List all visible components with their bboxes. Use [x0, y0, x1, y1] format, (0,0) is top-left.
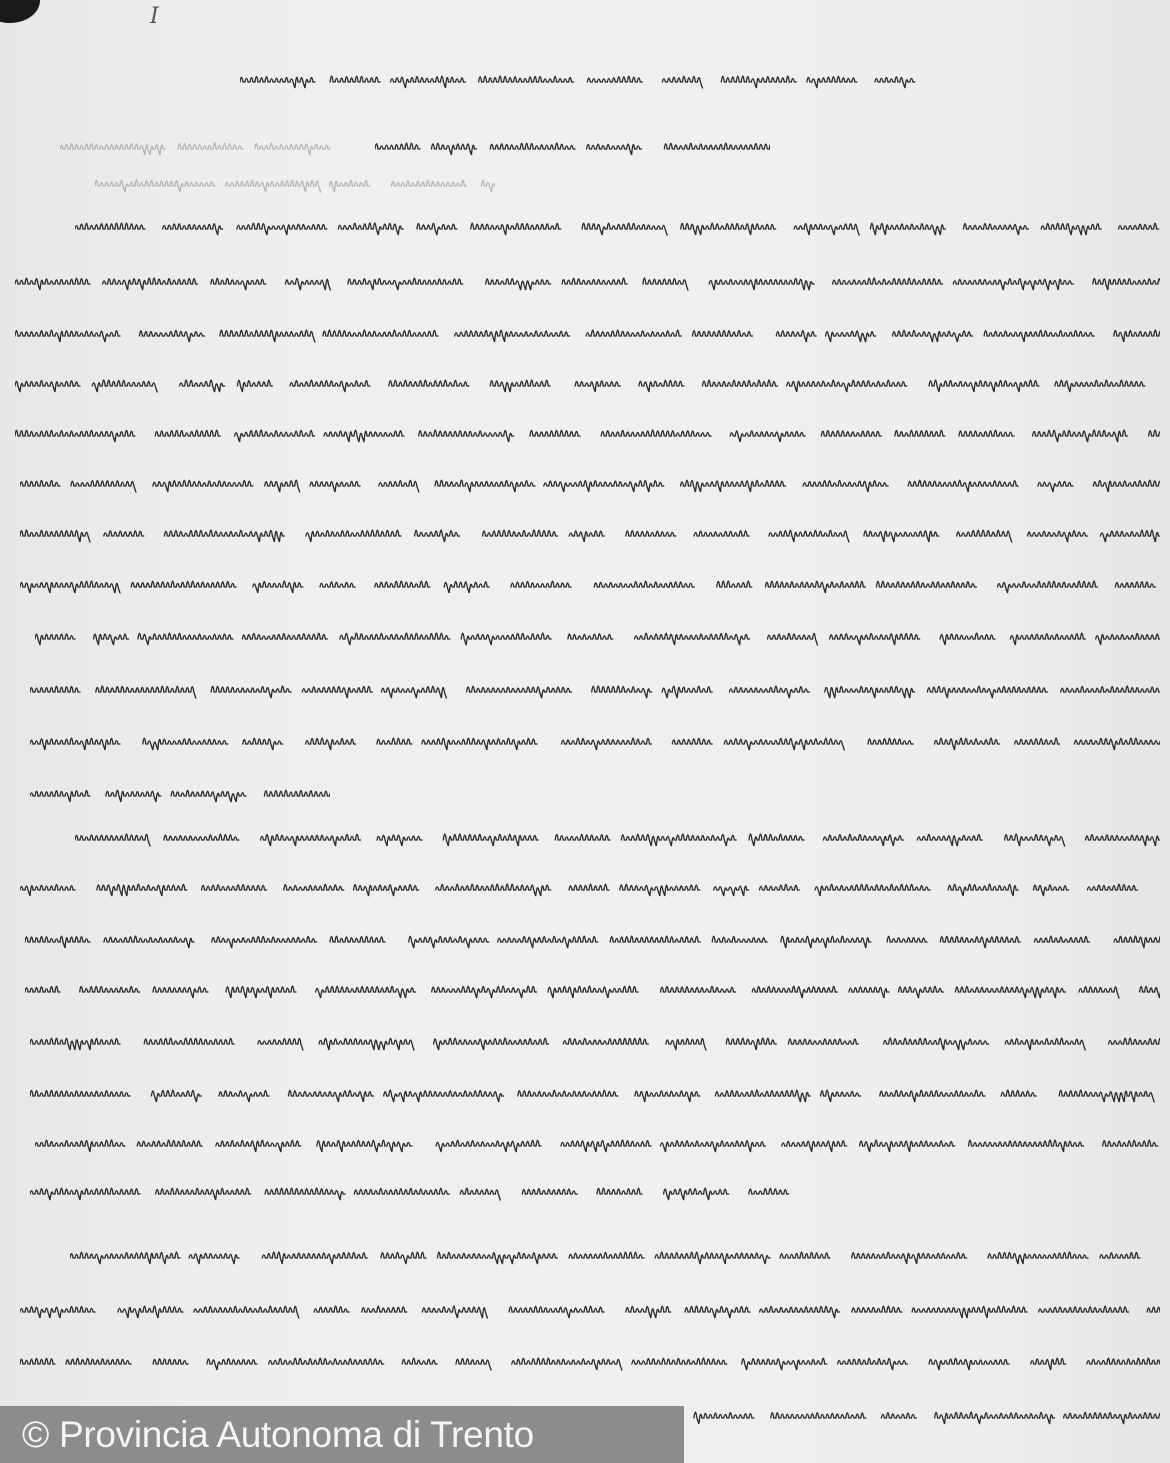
- body-handwriting-line: [20, 522, 1160, 544]
- body-handwriting-line: [35, 1132, 1160, 1154]
- body-handwriting-line: [25, 978, 1160, 1000]
- body-handwriting-line: [75, 826, 1160, 848]
- body-handwriting-line: [20, 1298, 1160, 1320]
- corner-ink-blot: [0, 0, 40, 23]
- body-handwriting-line: [20, 472, 1160, 494]
- body-handwriting-line: [20, 1350, 1160, 1372]
- body-handwriting-line: [30, 730, 1160, 752]
- body-handwriting-line: [15, 422, 1160, 444]
- margin-note-line: [95, 172, 495, 194]
- body-handwriting-line: [30, 1180, 800, 1202]
- copyright-watermark: © Provincia Autonoma di Trento: [0, 1406, 684, 1463]
- body-handwriting-line: [30, 1030, 1160, 1052]
- margin-note-line: [60, 135, 330, 157]
- body-handwriting-line: [75, 215, 1160, 237]
- body-handwriting-line: [30, 782, 330, 804]
- body-handwriting-line: [30, 1082, 1160, 1104]
- body-handwriting-line: [20, 573, 1160, 595]
- body-handwriting-line: [35, 625, 1160, 647]
- body-handwriting-line: [15, 322, 1160, 344]
- page-number: I: [150, 4, 159, 29]
- body-handwriting-line: [30, 678, 1160, 700]
- title-handwriting-line: [240, 68, 930, 90]
- manuscript-page: I © Provincia Autonoma di Trento: [0, 0, 1170, 1463]
- body-handwriting-line: [70, 1244, 1160, 1266]
- body-handwriting-line: [20, 876, 1160, 898]
- body-handwriting-line: [15, 372, 1160, 394]
- body-handwriting-line: [25, 928, 1160, 950]
- body-handwriting-line: [15, 270, 1160, 292]
- title-handwriting-line: [375, 135, 770, 157]
